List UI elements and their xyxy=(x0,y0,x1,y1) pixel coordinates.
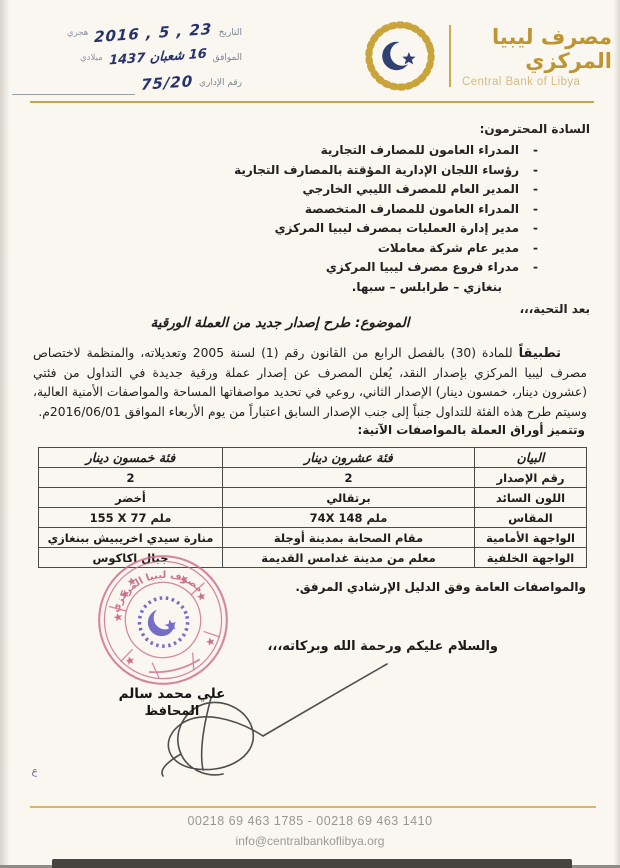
margin-scribble: ع xyxy=(31,765,39,777)
subject-line: الموضوع: طرح إصدار جديد من العملة الورقي… xyxy=(60,315,500,331)
date-line-hijri: التاريخ 23 , 5 , 2016 هجري xyxy=(12,20,242,45)
specs-table-wrap: البيان فئة عشرون دينار فئة خمسون دينار ر… xyxy=(38,447,587,568)
recipient-label: المدراء العامون للمصارف المتخصصة xyxy=(305,200,519,220)
recipient-label: مدراء فروع مصرف ليبيا المركزي xyxy=(326,258,519,278)
signer-name: علي محمد سالم xyxy=(112,686,232,703)
header-rule xyxy=(30,101,594,103)
table-header-row: البيان فئة عشرون دينار فئة خمسون دينار xyxy=(39,448,587,468)
lead-word: تطبيقاً xyxy=(519,346,561,361)
reference-label: رقم الإداري xyxy=(199,78,242,88)
reference-number-line: رقم الإداري 75/20 xyxy=(12,70,242,95)
dash-bullet: - xyxy=(533,200,538,220)
table-row: المقاس 74X 148 ملم 155 X 77 ملم xyxy=(39,508,587,528)
table-row: اللون السائد برتقالي أخضر xyxy=(39,488,587,508)
bank-logo: مصرف ليبيا المركزي Central Bank of Libya xyxy=(360,14,612,98)
list-item: - المدراء العامون للمصارف التجارية xyxy=(160,141,590,161)
table-intro-line: وتتميز أوراق العملة بالمواصفات الآتية: xyxy=(358,423,585,437)
dash-bullet: - xyxy=(533,180,538,200)
recipient-label: مدير إدارة العمليات بمصرف ليبيا المركزي xyxy=(275,219,519,239)
recipients-heading: السادة المحترمون: xyxy=(160,122,590,136)
list-item: - مدير عام شركة معاملات xyxy=(160,239,590,259)
salutation-line: والسلام عليكم ورحمة الله وبركاته،،، xyxy=(267,639,498,654)
cell-value: 74X 148 ملم xyxy=(223,508,475,528)
col-header-item: البيان xyxy=(475,448,587,468)
date-label: التاريخ xyxy=(219,28,242,38)
handwritten-date: 23 , 5 , 2016 xyxy=(94,19,213,45)
dash-bullet: - xyxy=(533,141,538,161)
list-item: - المدير العام للمصرف الليبي الخارجي xyxy=(160,180,590,200)
dash-bullet: - xyxy=(533,258,538,278)
corresponding-label: الموافق xyxy=(213,53,242,63)
recipients-block: السادة المحترمون: - المدراء العامون للمص… xyxy=(160,122,590,316)
table-row: رقم الإصدار 2 2 xyxy=(39,468,587,488)
recipient-label: رؤساء اللجان الإدارية المؤقتة بالمصارف ا… xyxy=(234,161,519,181)
photo-bottom-band xyxy=(52,859,572,868)
cell-value: 2 xyxy=(223,468,475,488)
row-label: الواجهة الأمامية xyxy=(475,528,587,548)
paragraph-text: للمادة (30) بالفصل الرابع من القانون رقم… xyxy=(33,346,587,419)
logo-divider xyxy=(449,25,451,87)
signature-ink xyxy=(115,658,405,783)
row-label: المقاس xyxy=(475,508,587,528)
footer-phone-numbers: 00218 69 463 1785 - 00218 69 463 1410 xyxy=(0,814,620,828)
dash-bullet: - xyxy=(533,161,538,181)
row-label: الواجهة الخلفية xyxy=(475,548,587,568)
date-line-gregorian: الموافق 16 شعبان 1437 ميلادي xyxy=(12,45,242,70)
date-suffix-gregorian: ميلادي xyxy=(80,53,103,63)
table-row: الواجهة الأمامية مقام الصحابة بمدينة أوج… xyxy=(39,528,587,548)
list-item: - رؤساء اللجان الإدارية المؤقتة بالمصارف… xyxy=(160,161,590,181)
row-label: رقم الإصدار xyxy=(475,468,587,488)
date-suffix-hijri: هجري xyxy=(67,28,88,38)
reference-underline xyxy=(12,80,135,95)
cell-value: معلم من مدينة غدامس القديمة xyxy=(223,548,475,568)
list-item: - مدراء فروع مصرف ليبيا المركزي xyxy=(160,258,590,278)
date-reference-block: التاريخ 23 , 5 , 2016 هجري الموافق 16 شع… xyxy=(12,20,242,95)
greeting-line: بعد التحية،،، xyxy=(160,302,590,316)
cell-value: 2 xyxy=(39,468,223,488)
branch-cities: بنغازي – طرابلس – سبها. xyxy=(160,278,590,297)
list-item: - المدراء العامون للمصارف المتخصصة xyxy=(160,200,590,220)
list-item: - مدير إدارة العمليات بمصرف ليبيا المركز… xyxy=(160,219,590,239)
recipient-label: المدراء العامون للمصارف التجارية xyxy=(321,141,519,161)
photo-left-edge xyxy=(0,0,10,868)
specs-table: البيان فئة عشرون دينار فئة خمسون دينار ر… xyxy=(38,447,587,568)
dash-bullet: - xyxy=(533,239,538,259)
row-label: اللون السائد xyxy=(475,488,587,508)
signer-title: المحافظ xyxy=(112,703,232,720)
photo-right-edge xyxy=(613,0,620,868)
cell-value: أخضر xyxy=(39,488,223,508)
bank-name-english: Central Bank of Libya xyxy=(460,76,612,88)
footer-rule xyxy=(30,806,596,808)
recipient-label: المدير العام للمصرف الليبي الخارجي xyxy=(302,180,519,200)
handwritten-reference: 75/20 xyxy=(140,72,193,94)
cell-value: مقام الصحابة بمدينة أوجلة xyxy=(223,528,475,548)
scanned-letter: التاريخ 23 , 5 , 2016 هجري الموافق 16 شع… xyxy=(0,0,620,868)
recipient-label: مدير عام شركة معاملات xyxy=(378,239,519,259)
signature-block: علي محمد سالم المحافظ xyxy=(112,686,232,720)
dash-bullet: - xyxy=(533,219,538,239)
col-header-twenty-dinar: فئة عشرون دينار xyxy=(223,448,475,468)
cell-value: برتقالي xyxy=(223,488,475,508)
specs-note-line: والمواصفات العامة وفق الدليل الإرشادي ال… xyxy=(295,580,586,594)
body-paragraph: تطبيقاً للمادة (30) بالفصل الرابع من الق… xyxy=(33,344,587,422)
cell-value: منارة سيدي اخريبيش ببنغازي xyxy=(39,528,223,548)
handwritten-date-2: 16 شعبان 1437 xyxy=(109,47,207,69)
logo-text-block: مصرف ليبيا المركزي Central Bank of Libya xyxy=(460,25,612,88)
cell-value: 155 X 77 ملم xyxy=(39,508,223,528)
col-header-fifty-dinar: فئة خمسون دينار xyxy=(39,448,223,468)
footer-email: info@centralbankoflibya.org xyxy=(0,834,620,848)
crescent-wreath-icon xyxy=(360,16,440,96)
bank-name-arabic: مصرف ليبيا المركزي xyxy=(460,25,612,73)
